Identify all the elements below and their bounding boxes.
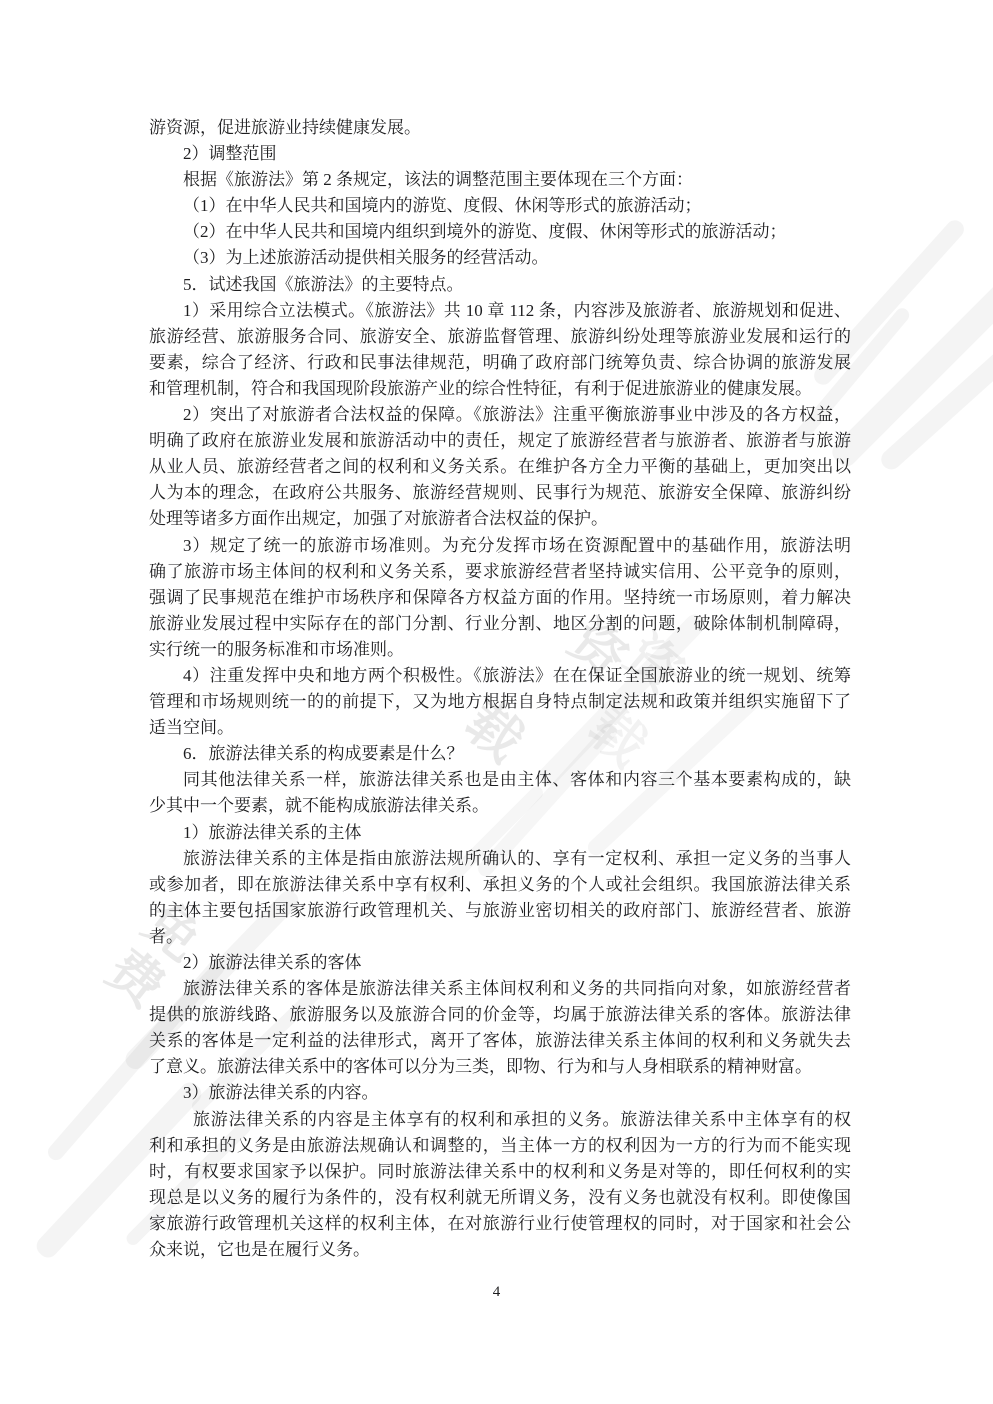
text-line: 3）旅游法律关系的内容。 <box>149 1080 851 1106</box>
text-line: 旅游经营、旅游服务合同、旅游安全、旅游监督管理、旅游纠纷处理等旅游业发展和运行的 <box>149 324 851 350</box>
text-line: 或参加者，即在旅游法律关系中享有权利、承担义务的个人或社会组织。我国旅游法律关系 <box>149 872 851 898</box>
text-line: 从业人员、旅游经营者之间的权利和义务关系。在维护各方全力平衡的基础上，更加突出以 <box>149 454 851 480</box>
text-line: 者。 <box>149 924 851 950</box>
text-line: 关系的客体是一定利益的法律形式，离开了客体，旅游法律关系主体间的权利和义务就失去 <box>149 1028 851 1054</box>
text-line: （1）在中华人民共和国境内的游览、度假、休闲等形式的旅游活动； <box>149 193 851 219</box>
text-line: 管理和市场规则统一的的前提下，又为地方根据自身特点制定法规和政策并组织实施留下了 <box>149 689 851 715</box>
text-line: 3）规定了统一的旅游市场准则。为充分发挥市场在资源配置中的基础作用，旅游法明 <box>149 533 851 559</box>
text-line: 适当空间。 <box>149 715 851 741</box>
text-line: 旅游法律关系的主体是指由旅游法规所确认的、享有一定权利、承担一定义务的当事人 <box>149 846 851 872</box>
text-line: 确了旅游市场主体间的权利和义务关系，要求旅游经营者坚持诚实信用、公平竞争的原则， <box>149 559 851 585</box>
text-line: 旅游法律关系的客体是旅游法律关系主体间权利和义务的共同指向对象，如旅游经营者 <box>149 976 851 1002</box>
text-line: 强调了民事规范在维护市场秩序和保障各方权益方面的作用。坚持统一市场原则，着力解决 <box>149 585 851 611</box>
text-line: 2）调整范围 <box>149 141 851 167</box>
text-line: 处理等诸多方面作出规定，加强了对旅游者合法权益的保护。 <box>149 506 851 532</box>
text-line: 家旅游行政管理机关这样的权利主体，在对旅游行业行使管理权的同时，对于国家和社会公 <box>149 1211 851 1237</box>
page-number: 4 <box>0 1284 993 1301</box>
document-body: 游资源，促进旅游业持续健康发展。 2）调整范围 根据《旅游法》第 2 条规定，该… <box>149 115 851 1263</box>
text-line: 实行统一的服务标准和市场准则。 <box>149 637 851 663</box>
watermark-stripe <box>877 321 993 473</box>
text-line: 1）旅游法律关系的主体 <box>149 820 851 846</box>
text-line: 2）突出了对旅游者合法权益的保障。《旅游法》注重平衡旅游事业中涉及的各方权益， <box>149 402 851 428</box>
text-line: 根据《旅游法》第 2 条规定，该法的调整范围主要体现在三个方面： <box>149 167 851 193</box>
text-line: 2）旅游法律关系的客体 <box>149 950 851 976</box>
text-line: 明确了政府在旅游业发展和旅游活动中的责任，规定了旅游经营者与旅游者、旅游者与旅游 <box>149 428 851 454</box>
text-line: 时，有权要求国家予以保护。同时旅游法律关系中的权利和义务是对等的，即任何权利的实 <box>149 1159 851 1185</box>
text-line: 1）采用综合立法模式。《旅游法》共 10 章 112 条，内容涉及旅游者、旅游规… <box>149 298 851 324</box>
text-line: 众来说，它也是在履行义务。 <box>149 1237 851 1263</box>
text-line: 旅游业发展过程中实际存在的部门分割、行业分割、地区分割的问题，破除体制机制障碍， <box>149 611 851 637</box>
text-line: 少其中一个要素，就不能构成旅游法律关系。 <box>149 793 851 819</box>
text-line: 6．旅游法律关系的构成要素是什么？ <box>149 741 851 767</box>
text-line: 旅游法律关系的内容是主体享有的权利和承担的义务。旅游法律关系中主体享有的权 <box>149 1107 851 1133</box>
document-page: 免费 资 资 载 载 游资源，促进旅游业持续健康发展。 2）调整范围 根据《旅游… <box>0 0 993 1404</box>
text-line: 同其他法律关系一样，旅游法律关系也是由主体、客体和内容三个基本要素构成的，缺 <box>149 767 851 793</box>
text-line: 和管理机制，符合和我国现阶段旅游产业的综合性特征，有利于促进旅游业的健康发展。 <box>149 376 851 402</box>
text-line: 5．试述我国《旅游法》的主要特点。 <box>149 272 851 298</box>
text-line: 游资源，促进旅游业持续健康发展。 <box>149 115 851 141</box>
text-line: 要素，综合了经济、行政和民事法律规范，明确了政府部门统筹负责、综合协调的旅游发展 <box>149 350 851 376</box>
text-line: （2）在中华人民共和国境内组织到境外的游览、度假、休闲等形式的旅游活动； <box>149 219 851 245</box>
text-line: 4）注重发挥中央和地方两个积极性。《旅游法》在在保证全国旅游业的统一规划、统筹 <box>149 663 851 689</box>
watermark-stripe <box>828 265 993 471</box>
text-line: 人为本的理念，在政府公共服务、旅游经营规则、民事行为规范、旅游安全保障、旅游纠纷 <box>149 480 851 506</box>
text-line: （3）为上述旅游活动提供相关服务的经营活动。 <box>149 245 851 271</box>
text-line: 了意义。旅游法律关系中的客体可以分为三类，即物、行为和与人身相联系的精神财富。 <box>149 1054 851 1080</box>
text-line: 提供的旅游线路、旅游服务以及旅游合同的价金等，均属于旅游法律关系的客体。旅游法律 <box>149 1002 851 1028</box>
text-line: 的主体主要包括国家旅游行政管理机关、与旅游业密切相关的政府部门、旅游经营者、旅游 <box>149 898 851 924</box>
text-line: 利和承担的义务是由旅游法规确认和调整的，当主体一方的权利因为一方的行为而不能实现 <box>149 1133 851 1159</box>
text-line: 现总是以义务的履行为条件的，没有权利就无所谓义务，没有义务也就没有权利。即使像国 <box>149 1185 851 1211</box>
